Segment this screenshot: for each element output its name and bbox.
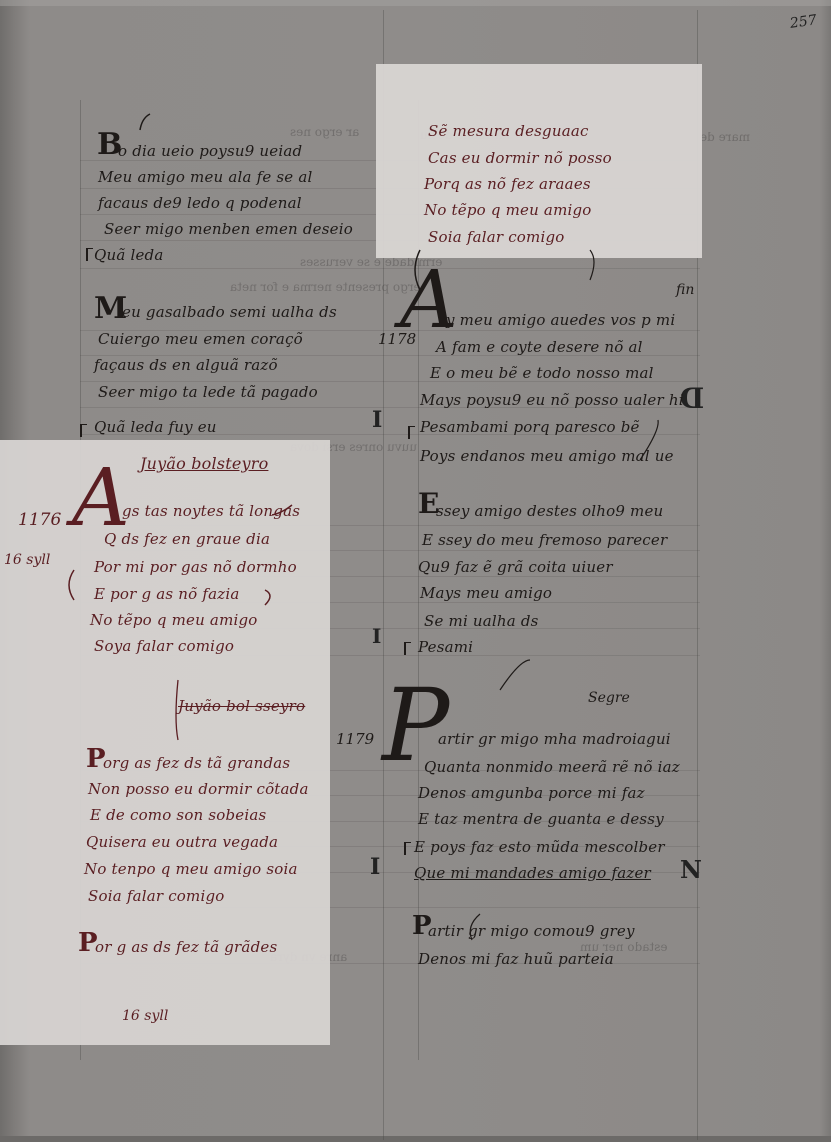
pen-flourishes — [0, 0, 831, 1142]
manuscript-page: ar ergo nes lar mene desiu ermidade e se… — [0, 0, 831, 1142]
